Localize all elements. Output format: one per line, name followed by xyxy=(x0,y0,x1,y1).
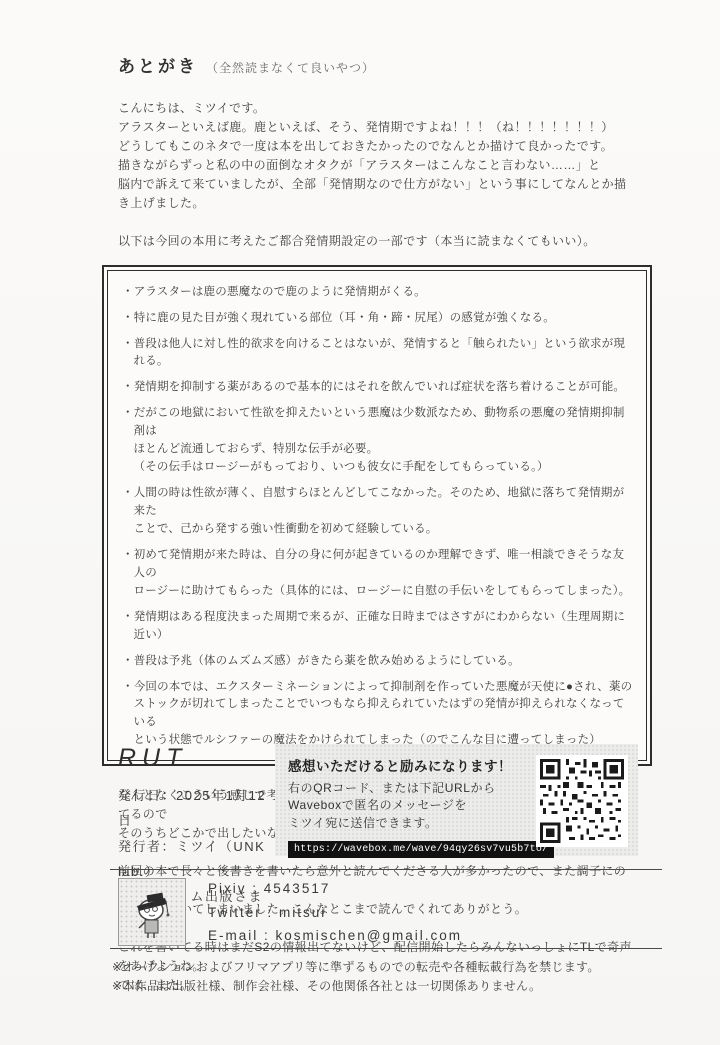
page-title: あとがき xyxy=(118,52,198,77)
contact-separator: : xyxy=(258,928,275,943)
disclaimer-line: ※オークションおよびフリマアプリ等に準ずるものでの転売や各種転載行為を禁じます。 xyxy=(112,958,672,977)
setting-item: ・今回の本では、エクスターミネーションによって抑制剤を作っていた悪魔が天使に●さ… xyxy=(122,679,634,751)
contact-row-twitter: Twitter : mitsui xyxy=(208,901,462,925)
disclaimer-line: ※本作品は出版社様、制作会社様、その他関係各社とは一切関係ありません。 xyxy=(112,977,672,996)
setting-item: ・アラスターは鹿の悪魔なので鹿のように発情期がくる。 xyxy=(122,284,634,302)
contact-label: E-mail xyxy=(208,928,258,943)
colophon-label: 発行日 xyxy=(118,788,162,803)
page-title-note: （全然読まなくて良いやつ） xyxy=(206,59,375,76)
qr-code-icon xyxy=(536,755,628,847)
setting-item: ・人間の時は性欲が薄く、自慰すらほとんどしてこなかった。そのため、地獄に落ちて発… xyxy=(122,485,634,539)
contact-separator: : xyxy=(247,881,264,896)
setting-item: ・普段は他人に対し性的欲求を向けることはないが、発情すると「触られたい」という欲… xyxy=(122,336,634,372)
feedback-box: 感想いただけると励みになります！ 右のQRコード、または下記URLから Wave… xyxy=(275,744,638,856)
heat-settings-box-inner: ・アラスターは鹿の悪魔なので鹿のように発情期がくる。 ・特に鹿の見た目が強く現れ… xyxy=(107,270,647,762)
contact-value: kosmischen@gmail.com xyxy=(276,928,463,943)
colophon-label: 発行者 xyxy=(118,839,162,854)
feedback-body: 右のQRコード、または下記URLから Waveboxで匿名のメッセージを ミツイ… xyxy=(288,780,526,832)
contact-row-pixiv: Pixiv : 4543517 xyxy=(208,877,462,901)
feedback-heading: 感想いただけると励みになります！ xyxy=(288,755,526,775)
contact-label: Twitter xyxy=(208,905,262,920)
divider-line xyxy=(110,948,662,949)
feedback-text-block: 感想いただけると励みになります！ 右のQRコード、または下記URLから Wave… xyxy=(288,755,526,846)
contact-section: Pixiv : 4543517 Twitter : mitsui E-mail … xyxy=(118,877,462,948)
setting-item: ・だがこの地獄において性欲を抑えたいという悪魔は少数派なため、動物系の悪魔の発情… xyxy=(122,405,634,477)
contact-row-email: E-mail : kosmischen@gmail.com xyxy=(208,924,462,948)
setting-item: ・発情期を抑制する薬があるので基本的にはそれを飲んでいれば症状を落ち着けることが… xyxy=(122,379,634,397)
disclaimer-section: ※オークションおよびフリマアプリ等に準ずるものでの転売や各種転載行為を禁じます。… xyxy=(112,958,672,996)
author-avatar-icon xyxy=(118,878,186,946)
setting-item: ・特に鹿の見た目が強く現れている部位（耳・角・蹄・尻尾）の感覚が強くなる。 xyxy=(122,310,634,328)
afterword-title-row: あとがき （全然読まなくて良いやつ） xyxy=(118,52,638,77)
divider-line xyxy=(110,869,662,870)
colophon-separator: ： xyxy=(162,839,177,854)
intro-paragraph: こんにちは、ミツイです。 アラスターといえば鹿。鹿といえば、そう、発情期ですよね… xyxy=(118,99,638,213)
heat-settings-box: ・アラスターは鹿の悪魔なので鹿のように発情期がくる。 ・特に鹿の見た目が強く現れ… xyxy=(102,265,652,767)
colophon-separator: ： xyxy=(162,788,177,803)
contact-value: mitsui xyxy=(279,905,326,920)
colophon-row-date: 発行日：2025年1月12日 xyxy=(118,783,275,834)
afterword-page: あとがき （全然読まなくて良いやつ） こんにちは、ミツイです。 アラスターといえ… xyxy=(0,0,720,1045)
contact-label: Pixiv xyxy=(208,881,247,896)
setting-item: ・初めて発情期が来た時は、自分の身に何が起きているのか理解できず、唯一相談できそ… xyxy=(122,547,634,601)
book-title: RUT xyxy=(118,744,275,773)
contact-value: 4543517 xyxy=(264,881,331,896)
wavebox-url-link[interactable]: https://wavebox.me/wave/94qy26sv7vu5b7to… xyxy=(288,841,554,858)
contact-lines: Pixiv : 4543517 Twitter : mitsui E-mail … xyxy=(208,877,462,948)
setting-item: ・発情期はある程度決まった周期で来るが、正確な日時まではさすがにわからない（生理… xyxy=(122,609,634,645)
lead-paragraph: 以下は今回の本用に考えたご都合発情期設定の一部です（本当に読まなくてもいい）。 xyxy=(118,232,638,251)
contact-separator: : xyxy=(262,905,279,920)
setting-item: ・普段は予兆（体のムズムズ感）がきたら薬を飲み始めるようにしている。 xyxy=(122,653,634,671)
